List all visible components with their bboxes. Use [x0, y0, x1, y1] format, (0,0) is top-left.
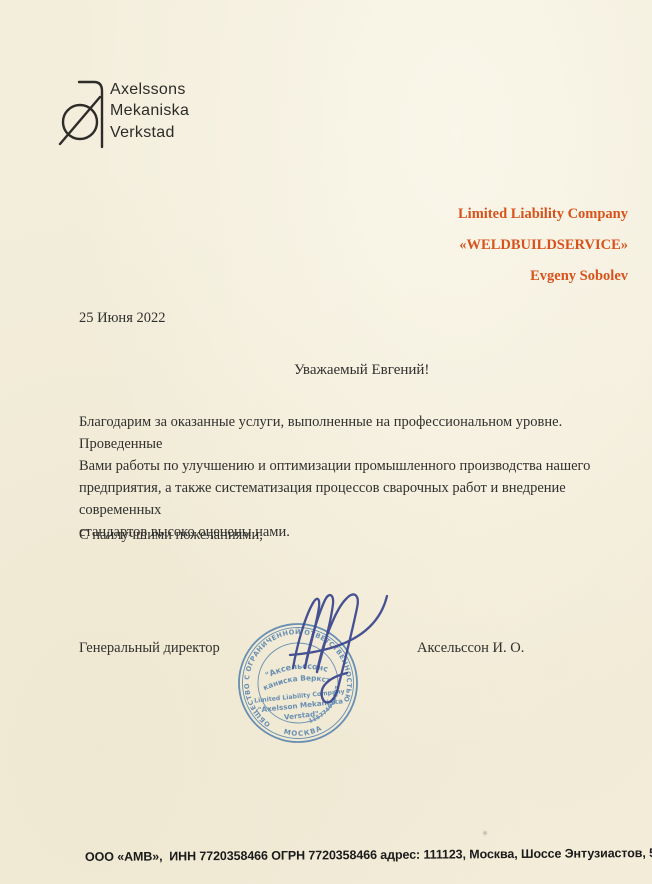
- signer-title: Генеральный директор: [79, 640, 220, 657]
- recipient-block: Limited Liability Company «WELDBUILDSERV…: [458, 199, 628, 292]
- body-line-1: Благодарим за оказанные услуги, выполнен…: [79, 411, 624, 455]
- letter-body: Благодарим за оказанные услуги, выполнен…: [79, 411, 624, 543]
- o-slash-logo-mark: [55, 76, 111, 152]
- recipient-company-type: Limited Liability Company: [458, 199, 628, 230]
- footer-requisites: ООО «АМВ», ИНН 7720358466 ОГРН 772035846…: [85, 846, 652, 864]
- logo-line-2: Mekaniska: [110, 100, 189, 121]
- letter-date: 25 Июня 2022: [79, 310, 165, 327]
- body-line-2: Вами работы по улучшению и оптимизации п…: [79, 455, 624, 477]
- closing-line: С наилучшими пожеланиями,: [79, 527, 263, 544]
- recipient-company-name: «WELDBUILDSERVICE»: [458, 230, 628, 261]
- salutation: Уважаемый Евгений!: [294, 362, 429, 379]
- body-line-3: предприятия, а также систематизация проц…: [79, 477, 624, 521]
- scan-speckle: [483, 831, 487, 835]
- signer-name: Аксельссон И. О.: [417, 640, 524, 657]
- logo-line-1: Axelssons: [110, 79, 189, 100]
- recipient-person: Evgeny Sobolev: [458, 261, 628, 292]
- scanned-letter-page: Axelssons Mekaniska Verkstad Limited Lia…: [0, 0, 652, 884]
- logo-wordmark: Axelssons Mekaniska Verkstad: [110, 79, 189, 143]
- company-round-stamp: ОБЩЕСТВО С ОГРАНИЧЕННОЙ ОТВЕТСТВЕННОСТЬЮ…: [230, 580, 410, 766]
- stamp-and-signature: ОБЩЕСТВО С ОГРАНИЧЕННОЙ ОТВЕТСТВЕННОСТЬЮ…: [230, 580, 410, 766]
- logo-line-3: Verkstad: [110, 122, 189, 143]
